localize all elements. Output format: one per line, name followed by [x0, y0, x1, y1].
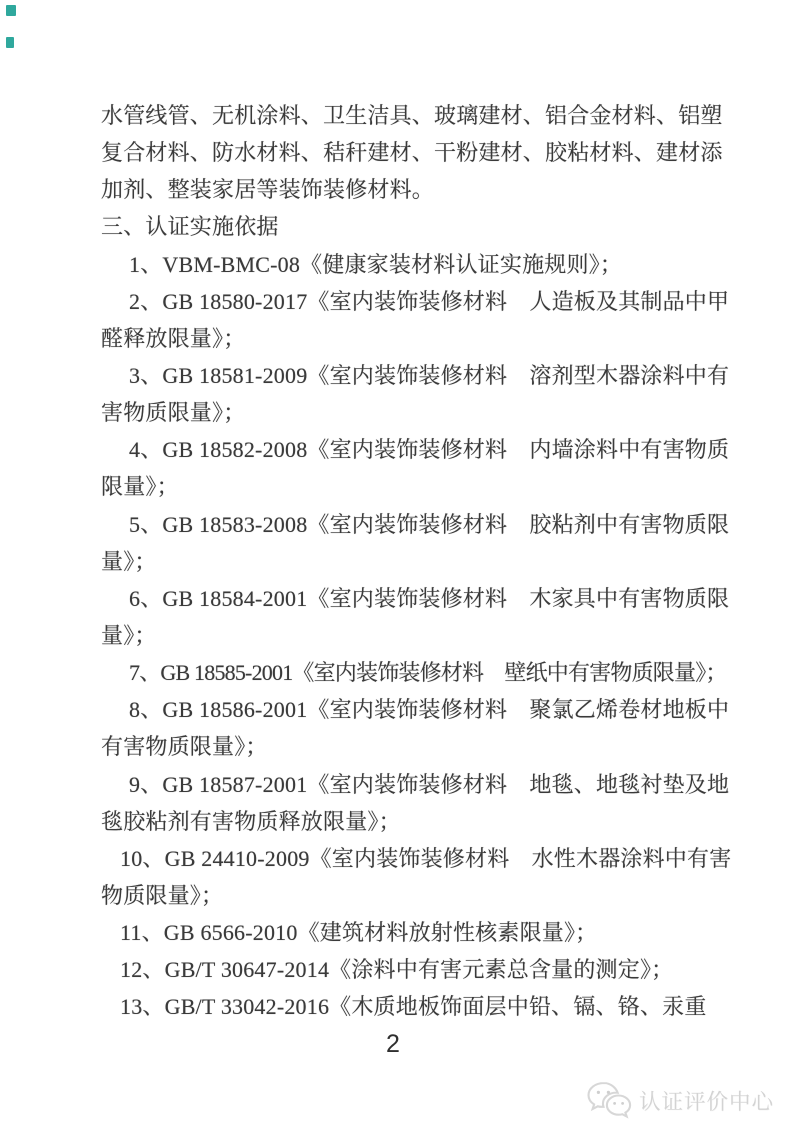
text-line: 1、VBM-BMC-08《健康家装材料认证实施规则》；: [101, 246, 721, 283]
scan-artifact-bottom: [6, 37, 14, 48]
text-line: 12、GB/T 30647-2014《涂料中有害元素总含量的测定》；: [101, 951, 721, 988]
text-line: 2、GB 18580-2017《室内装饰装修材料 人造板及其制品中甲: [101, 283, 721, 320]
text-line: 10、GB 24410-2009《室内装饰装修材料 水性木器涂料中有害: [101, 840, 721, 877]
text-line: 害物质限量》；: [101, 394, 721, 431]
document-lines: 水管线管、无机涂料、卫生洁具、玻璃建材、铝合金材料、铝塑复合材料、防水材料、秸秆…: [101, 97, 721, 1026]
text-line: 6、GB 18584-2001《室内装饰装修材料 木家具中有害物质限: [101, 580, 721, 617]
text-line: 4、GB 18582-2008《室内装饰装修材料 内墙涂料中有害物质: [101, 431, 721, 468]
scan-artifact-top: [6, 5, 16, 16]
text-line: 毯胶粘剂有害物质释放限量》；: [101, 803, 721, 840]
text-line: 5、GB 18583-2008《室内装饰装修材料 胶粘剂中有害物质限: [101, 506, 721, 543]
text-line: 有害物质限量》；: [101, 728, 721, 765]
text-line: 11、GB 6566-2010《建筑材料放射性核素限量》；: [101, 914, 721, 951]
text-line: 量》；: [101, 543, 721, 580]
page-number: 2: [0, 1030, 793, 1059]
text-line: 物质限量》；: [101, 877, 721, 914]
text-line: 醛释放限量》；: [101, 320, 721, 357]
text-line: 量》；: [101, 617, 721, 654]
text-line: 7、GB 18585-2001《室内装饰装修材料 壁纸中有害物质限量》；: [101, 654, 721, 691]
watermark: 认证评价中心: [586, 1080, 774, 1120]
watermark-label: 认证评价中心: [639, 1085, 774, 1116]
text-line: 9、GB 18587-2001《室内装饰装修材料 地毯、地毯衬垫及地: [101, 766, 721, 803]
text-line: 限量》；: [101, 468, 721, 505]
section-heading: 三、认证实施依据: [101, 208, 721, 245]
text-line: 3、GB 18581-2009《室内装饰装修材料 溶剂型木器涂料中有: [101, 357, 721, 394]
text-line: 水管线管、无机涂料、卫生洁具、玻璃建材、铝合金材料、铝塑: [101, 97, 721, 134]
text-line: 加剂、整装家居等装饰装修材料。: [101, 171, 721, 208]
text-line: 复合材料、防水材料、秸秆建材、干粉建材、胶粘材料、建材添: [101, 134, 721, 171]
text-line: 8、GB 18586-2001《室内装饰装修材料 聚氯乙烯卷材地板中: [101, 691, 721, 728]
wechat-icon: [586, 1080, 632, 1120]
text-line: 13、GB/T 33042-2016《木质地板饰面层中铅、镉、铬、汞重: [101, 988, 721, 1025]
